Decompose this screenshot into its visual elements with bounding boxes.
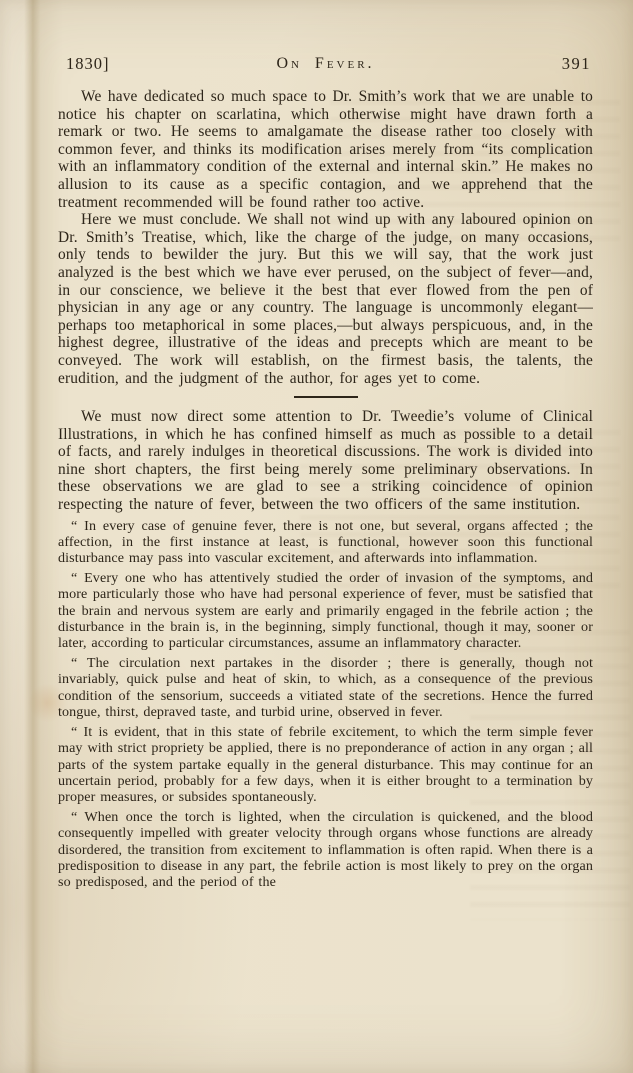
quoted-extract-4: “ It is evident, that in this state of f… (58, 724, 593, 805)
book-page-scan: 1830] On Fever. 391 We have dedicated so… (0, 0, 633, 1073)
quoted-extract-2: “ Every one who has attentively studied … (58, 570, 593, 651)
paragraph-conclusion-smith-2: Here we must conclude. We shall not wind… (58, 211, 593, 387)
quoted-extract-3: “ The circulation next partakes in the d… (58, 655, 593, 720)
running-title: On Fever. (58, 55, 593, 73)
page-header: 1830] On Fever. 391 (58, 54, 593, 78)
paragraph-tweedie-intro: We must now direct some attention to Dr.… (58, 408, 593, 514)
section-divider-rule (294, 396, 358, 398)
quoted-extract-5: “ When once the torch is lighted, when t… (58, 809, 593, 890)
quoted-extract-1: “ In every case of genuine fever, there … (58, 518, 593, 567)
page-content: We have dedicated so much space to Dr. S… (58, 88, 593, 890)
paragraph-conclusion-smith-1: We have dedicated so much space to Dr. S… (58, 88, 593, 211)
page-number: 391 (562, 54, 591, 74)
